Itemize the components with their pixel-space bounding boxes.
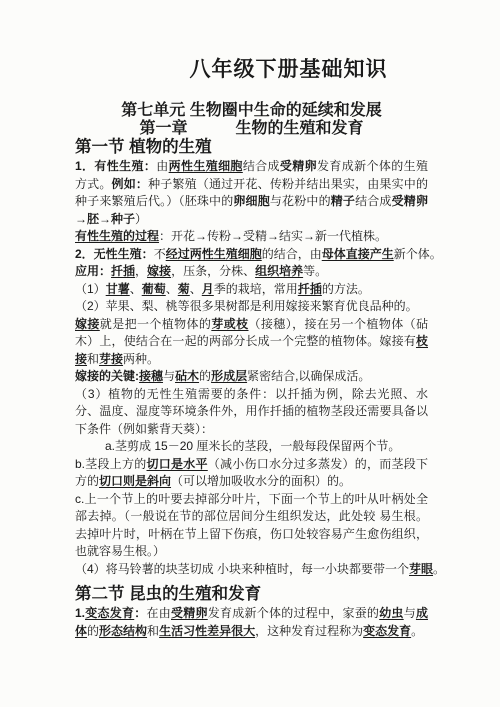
text-run: 、 [130,282,142,296]
text-run: 、 [190,282,202,296]
para-sexual-process: 有性生殖的过程：开花→传粉→受精→结实→新一代植株。 [75,228,428,246]
text-run: ，这种发育过程称为 [255,624,363,638]
text-run: 1．有性生殖： [75,159,156,173]
text-run: 两种。 [123,352,159,366]
text-run: （4）将马铃薯的块茎切成 小块来种植时，每一小块都要带一个 [75,562,409,576]
text-run: 扦插 [298,282,322,296]
text-run: 母体直接产生 [322,247,394,261]
text-run: （1） [75,282,106,296]
text-run: 嫁接的关键: [75,369,139,383]
text-run: 砧木 [175,369,199,383]
text-run: 嫁接 [147,264,171,278]
text-run: 和 [87,352,99,366]
text-run: 结合成 [355,194,392,208]
text-run: 幼虫 [379,606,404,620]
text-run: 形成层 [211,369,247,383]
text-run: 就是把一个植物体的 [100,317,212,331]
section-heading-2: 第二节 昆虫的生殖和发育 [75,584,428,605]
text-run: 芽接 [99,352,123,366]
text-run: 例如： [112,177,149,191]
text-run: 卵细胞 [233,194,270,208]
text-run: ： [134,606,146,620]
text-run: c.上一个节上的叶要去掉部分叶片，下面一个节上的叶从叶柄处全部去掉。（一般说在节… [75,492,428,559]
text-run: 与 [163,369,175,383]
para-item-4: （4）将马铃薯的块茎切成 小块来种植时，每一小块都要带一个芽眼。 [75,561,428,579]
text-run: 。 [433,562,445,576]
text-run: 、 [166,282,178,296]
text-run: 精子 [331,194,355,208]
text-run: 紧密结合,以确保成活。 [247,369,370,383]
text-run: 受精卵 [171,606,208,620]
para-sexual-reproduction: 1．有性生殖：由两性生殖细胞结合成受精卵发育成新个体的生殖方式。例如：种子繁殖（… [75,158,428,228]
para-applications: 应用：扦插，嫁接，压条，分株、组织培养等。 [75,263,428,281]
text-run: 受精卵 [280,159,317,173]
text-run: 扦插 [111,264,135,278]
text-run: 月 [202,282,214,296]
text-run: 有性生殖的过程 [75,229,159,243]
text-run: a.茎剪成 15－20 厘米长的茎段，一般每段保留两个节。 [105,439,400,453]
document-page: 八年级下册基础知识 第七单元 生物圈中生命的延续和发展第一章 生物的生殖和发育第… [0,0,500,707]
para-item-3: （3）植物的无性生殖需要的条件：以扦插为例，除去光照、水分、温度、湿度等环境条件… [75,386,428,439]
text-run: 组织培养 [255,264,303,278]
text-run: ：开花→传粉→受精→结实→新一代植株。 [159,229,387,243]
para-item-1: （1）甘薯、葡萄、菊、月季的栽培，常用扦插的方法。 [75,281,428,299]
text-run: 生活习性差异很大 [159,624,255,638]
text-run: 变态发育 [85,606,134,620]
unit-heading: 第七单元 生物圈中生命的延续和发展 [75,102,428,120]
text-run: 经过两性生殖细胞 [166,247,262,261]
text-run: 由 [156,159,168,173]
text-run: 新个体。 [394,247,442,261]
para-step-a: a.茎剪成 15－20 厘米长的茎段，一般每段保留两个节。 [75,438,428,456]
text-run: 。 [411,624,423,638]
text-run: 的 [199,369,211,383]
text-run: （3）植物的无性生殖需要的条件：以扦插为例，除去光照、水分、温度、湿度等环境条件… [75,387,428,436]
text-run: 和 [147,624,159,638]
para-grafting: 嫁接就是把一个植物体的芽或枝（接穗），接在另一个植物体（砧木）上，使结合在一起的… [75,316,428,369]
text-run: ， [135,264,147,278]
text-run: （可以增加吸收水分的面积）的。 [171,474,351,488]
text-run: 切口是水平 [147,457,208,471]
text-run: 的 [87,624,99,638]
document-title: 八年级下册基础知识 [112,57,465,83]
para-grafting-key: 嫁接的关键:接穗与砧木的形成层紧密结合,以确保成活。 [75,368,428,386]
text-run: 应用： [75,264,111,278]
text-run: 季的栽培，常用 [214,282,298,296]
para-metamorphosis: 1.变态发育：在由受精卵发育成新个体的过程中，家蚕的幼虫与成体的形态结构和生活习… [75,605,428,640]
text-run: 不 [154,247,166,261]
para-item-2: （2）苹果、梨、桃等很多果树都是利用嫁接来繁育优良品种的。 [75,298,428,316]
text-run: 在由 [147,606,172,620]
para-asexual-reproduction: 2．无性生殖：不经过两性生殖细胞的结合，由母体直接产生新个体。 [75,246,428,264]
text-run: 芽眼 [409,562,433,576]
text-run: 结合成 [243,159,280,173]
text-run: 1. [75,606,85,620]
text-run: ） [135,212,147,226]
text-run: 葡萄 [142,282,166,296]
text-run: 变态发育 [363,624,411,638]
para-step-c: c.上一个节上的叶要去掉部分叶片，下面一个节上的叶从叶柄处全部去掉。（一般说在节… [75,491,428,561]
text-run: 菊 [178,282,190,296]
text-run: 等。 [303,264,327,278]
section-heading-1: 第一节 植物的生殖 [75,137,428,158]
text-run: 两性生殖细胞 [169,159,243,173]
text-run: b.茎段上方的 [75,457,147,471]
text-run: 切口则是斜向 [99,474,171,488]
text-run: （2）苹果、梨、桃等很多果树都是利用嫁接来繁育优良品种的。 [75,299,418,313]
text-run: 接穗 [139,369,163,383]
text-run: 的方法。 [322,282,370,296]
text-run: 发育成新个体的过程中，家蚕的 [208,606,379,620]
text-run: 2．无性生殖： [75,247,154,261]
text-run: 与花粉中的 [270,194,331,208]
text-run: 的结合，由 [262,247,322,261]
text-run: 芽或枝 [211,317,248,331]
text-run: 形态结构 [99,624,147,638]
document-body: 第七单元 生物圈中生命的延续和发展第一章 生物的生殖和发育第一节 植物的生殖1．… [75,102,428,640]
text-run: 嫁接 [75,317,100,331]
text-run: 与 [404,606,416,620]
text-run: ，压条，分株、 [171,264,255,278]
chapter-heading: 第一章 生物的生殖和发育 [75,120,428,138]
text-run: 甘薯 [106,282,130,296]
para-step-b: b.茎段上方的切口是水平（减小伤口水分过多蒸发）的，而茎段下方的切口则是斜向（可… [75,456,428,491]
